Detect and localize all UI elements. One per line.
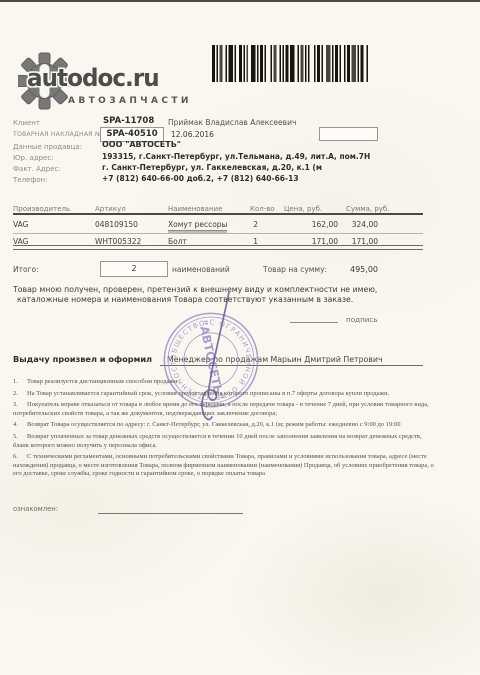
legal-address: 193315, г.Санкт-Петербург, ул.Тельмана, … [102,152,370,161]
phone-label: Телефон: [13,176,48,184]
acknowledged-line [98,513,243,514]
term-item: 6.С техническими регламентами, основными… [13,453,437,479]
term-item: 2.На Товар устанавливается гарантийный с… [13,390,437,399]
table-header-rule [13,213,423,215]
term-item: 4.Возврат Товара осуществляется по адрес… [13,421,437,430]
cell-manufacturer: VAG [13,220,28,229]
fact-address-label: Факт. Адрес: [13,165,61,173]
seller-name: ООО "АВТОСЕТЬ" [102,140,181,149]
term-item: 1.Товар реализуется дистанционным способ… [13,378,437,387]
col-name: Наименование [168,205,222,213]
cell-sum: 324,00 [338,220,378,229]
terms-list: 1.Товар реализуется дистанционным способ… [13,378,437,482]
items-count-suffix: наименований [172,265,230,274]
scanned-invoice-page: autodoc.ru АВТОЗАПЧАСТИ Клиент SPA-11708… [0,0,480,675]
items-count-box: 2 [100,261,168,277]
col-manufacturer: Производитель [13,205,70,213]
term-item: 5.Возврат уплаченных за товар денежных с… [13,433,437,450]
col-price: Цена, руб. [284,205,322,213]
barcode [212,45,374,82]
term-item: 3.Покупатель вправе отказаться от товара… [13,401,437,418]
signature-line [290,322,338,323]
client-label: Клиент [13,119,40,127]
fact-address: г. Санкт-Петербург, ул. Гаккелевская, д.… [102,163,322,172]
client-code: SPA-11708 [103,116,154,126]
col-qty: Кол-во [250,205,275,213]
amount-label: Товар на сумму: [263,265,327,274]
phone: +7 (812) 640-66-00 доб.2, +7 (812) 640-6… [102,174,299,183]
col-sum: Сумма, руб. [346,205,389,213]
cell-price: 162,00 [298,220,338,229]
signature-label: подпись [346,315,378,324]
cell-article: 048109150 [95,220,138,229]
cell-name: Хомут рессоры [168,220,227,229]
acknowledged-label: ознакомлен: [13,505,58,513]
legal-address-label: Юр. адрес: [13,154,54,162]
table-bottom-rule [13,245,423,250]
issued-label: Выдачу произвел и оформил [13,354,152,364]
waybill-label: ТОВАРНАЯ НАКЛАДНАЯ № [13,131,102,138]
col-article: Артикул [95,205,126,213]
row-separator [13,233,423,234]
brand-tagline: АВТОЗАПЧАСТИ [68,96,192,106]
cell-qty: 2 [240,220,258,229]
empty-field-box [319,127,378,141]
client-name: Приймак Владислав Алексеевич [168,118,296,127]
amount-value: 495,00 [338,265,378,274]
brand-wordmark: autodoc.ru [27,64,159,92]
seller-label: Данные продавца: [13,143,82,151]
total-label: Итого: [13,265,39,274]
scan-edge-line [0,0,480,2]
waybill-date: 12.06.2016 [171,130,214,139]
